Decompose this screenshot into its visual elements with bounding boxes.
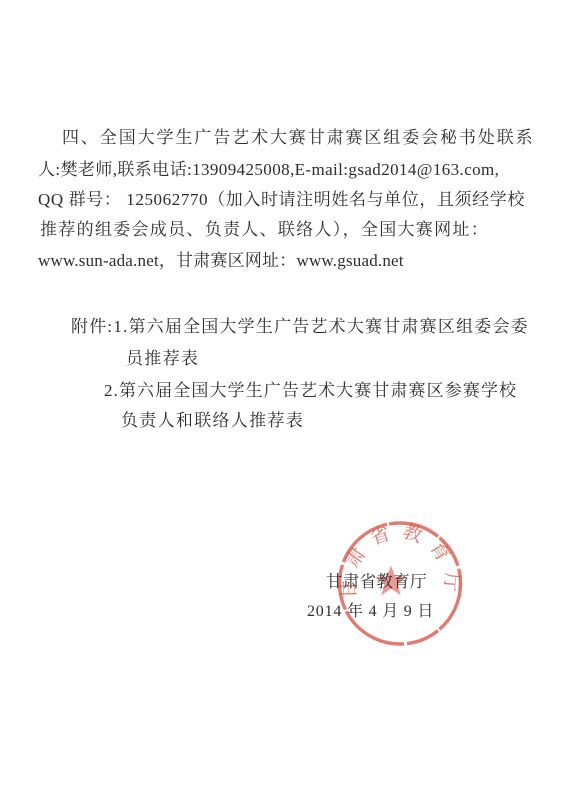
signature-agency: 甘肃省教育厅 (326, 572, 427, 592)
paragraph-line-3: QQ 群号： 125062770（加入时请注明姓名与单位，且须经学校 (38, 190, 525, 210)
attachment-line-2: 员推荐表 (126, 349, 199, 369)
attachment-line-1: 附件:1.第六届全国大学生广告艺术大赛甘肃赛区组委会委 (71, 317, 529, 337)
paragraph-line-1: 四、全国大学生广告艺术大赛甘肃赛区组委会秘书处联系 (62, 128, 535, 148)
document-page: 四、全国大学生广告艺术大赛甘肃赛区组委会秘书处联系 人:樊老师,联系电话:139… (0, 0, 577, 807)
paragraph-line-2: 人:樊老师,联系电话:13909425008,E-mail:gsad2014@1… (38, 160, 499, 180)
attachment-line-3: 2.第六届全国大学生广告艺术大赛甘肃赛区参赛学校 (104, 381, 517, 401)
attachment-line-4: 负责人和联络人推荐表 (121, 411, 304, 431)
signature-date: 2014 年 4 月 9 日 (307, 602, 434, 622)
paragraph-line-4: 推荐的组委会成员、负责人、联络人），全国大赛网址： (40, 220, 489, 240)
paragraph-line-5: www.sun-ada.net，甘肃赛区网址：www.gsuad.net (38, 251, 404, 271)
